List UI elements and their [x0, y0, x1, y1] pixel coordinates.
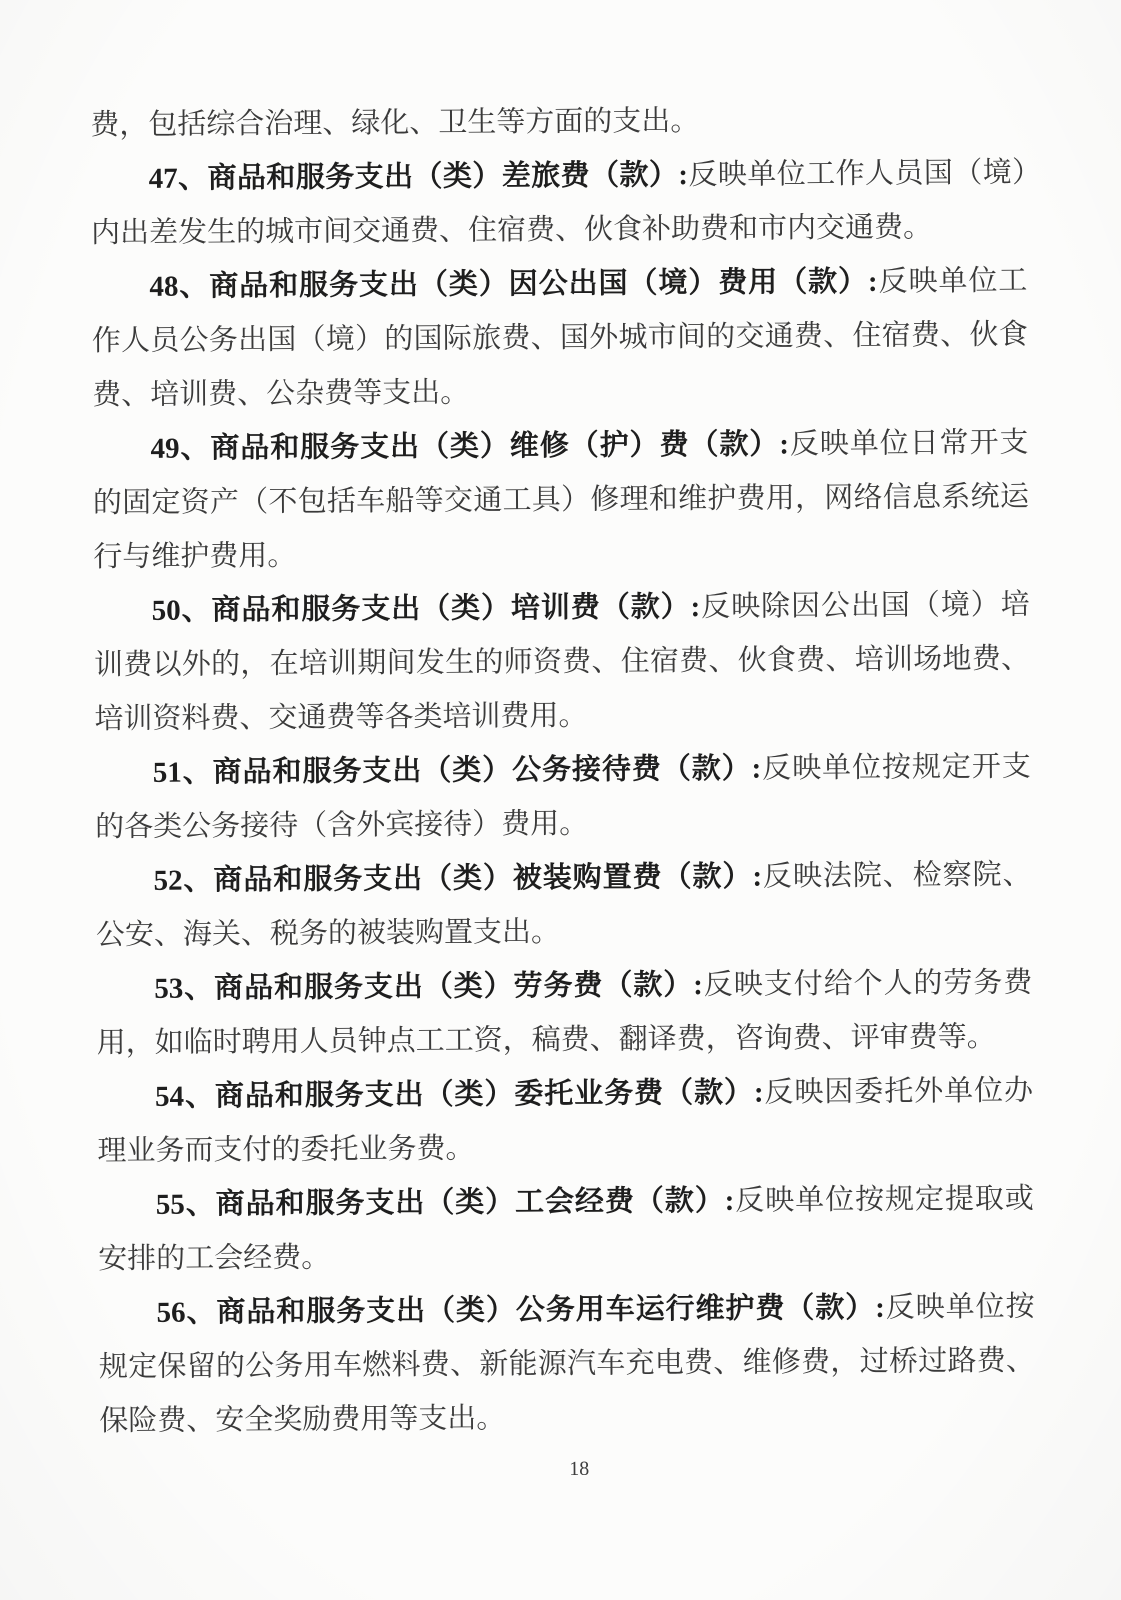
- expense-item-51-label: 51、商品和服务支出（类）公务接待费（款）:: [153, 753, 762, 789]
- expense-item-55-label: 55、商品和服务支出（类）工会经费（款）:: [156, 1185, 735, 1221]
- expense-item-47: 47、商品和服务支出（类）差旅费（款）:反映单位工作人员国（境）内出差发生的城市…: [90, 146, 1027, 261]
- expense-item-56-label: 56、商品和服务支出（类）公务用车运行维护费（款）:: [156, 1292, 884, 1329]
- expense-item-56: 56、商品和服务支出（类）公务用车运行维护费（款）:反映单位按规定保留的公务用车…: [98, 1280, 1035, 1449]
- expense-item-53: 53、商品和服务支出（类）劳务费（款）:反映支付给个人的劳务费用，如临时聘用人员…: [96, 956, 1033, 1071]
- expense-item-50-label: 50、商品和服务支出（类）培训费（款）:: [152, 591, 701, 627]
- expense-item-51: 51、商品和服务支出（类）公务接待费（款）:反映单位按规定开支的各类公务接待（含…: [95, 740, 1032, 855]
- expense-item-47-label: 47、商品和服务支出（类）差旅费（款）:: [149, 159, 689, 195]
- expense-item-55: 55、商品和服务支出（类）工会经费（款）:反映单位按规定提取或安排的工会经费。: [98, 1172, 1035, 1287]
- expense-item-53-label: 53、商品和服务支出（类）劳务费（款）:: [154, 969, 703, 1005]
- expense-item-48-label: 48、商品和服务支出（类）因公出国（境）费用（款）:: [149, 266, 877, 303]
- expense-item-54-label: 54、商品和服务支出（类）委托业务费（款）:: [155, 1077, 764, 1113]
- expense-item-49-label: 49、商品和服务支出（类）维修（护）费（款）:: [150, 428, 789, 464]
- page-skew-wrapper: 费，包括综合治理、绿化、卫生等方面的支出。 47、商品和服务支出（类）差旅费（款…: [0, 0, 1121, 1600]
- expense-item-48: 48、商品和服务支出（类）因公出国（境）费用（款）:反映单位工作人员公务出国（境…: [91, 254, 1028, 423]
- page-number: 18: [5, 1454, 1121, 1485]
- paragraph-continuation: 费，包括综合治理、绿化、卫生等方面的支出。: [90, 92, 1026, 153]
- expense-item-50: 50、商品和服务支出（类）培训费（款）:反映除因公出国（境）培训费以外的，在培训…: [93, 578, 1030, 747]
- scanned-document-page: 费，包括综合治理、绿化、卫生等方面的支出。 47、商品和服务支出（类）差旅费（款…: [0, 0, 1121, 1600]
- expense-item-49: 49、商品和服务支出（类）维修（护）费（款）:反映单位日常开支的固定资产（不包括…: [92, 416, 1029, 585]
- document-body: 费，包括综合治理、绿化、卫生等方面的支出。 47、商品和服务支出（类）差旅费（款…: [90, 92, 1035, 1449]
- expense-item-52: 52、商品和服务支出（类）被装购置费（款）:反映法院、检察院、公安、海关、税务的…: [95, 848, 1032, 963]
- expense-item-52-label: 52、商品和服务支出（类）被装购置费（款）:: [153, 861, 762, 897]
- expense-item-54: 54、商品和服务支出（类）委托业务费（款）:反映因委托外单位办理业务而支付的委托…: [97, 1064, 1034, 1179]
